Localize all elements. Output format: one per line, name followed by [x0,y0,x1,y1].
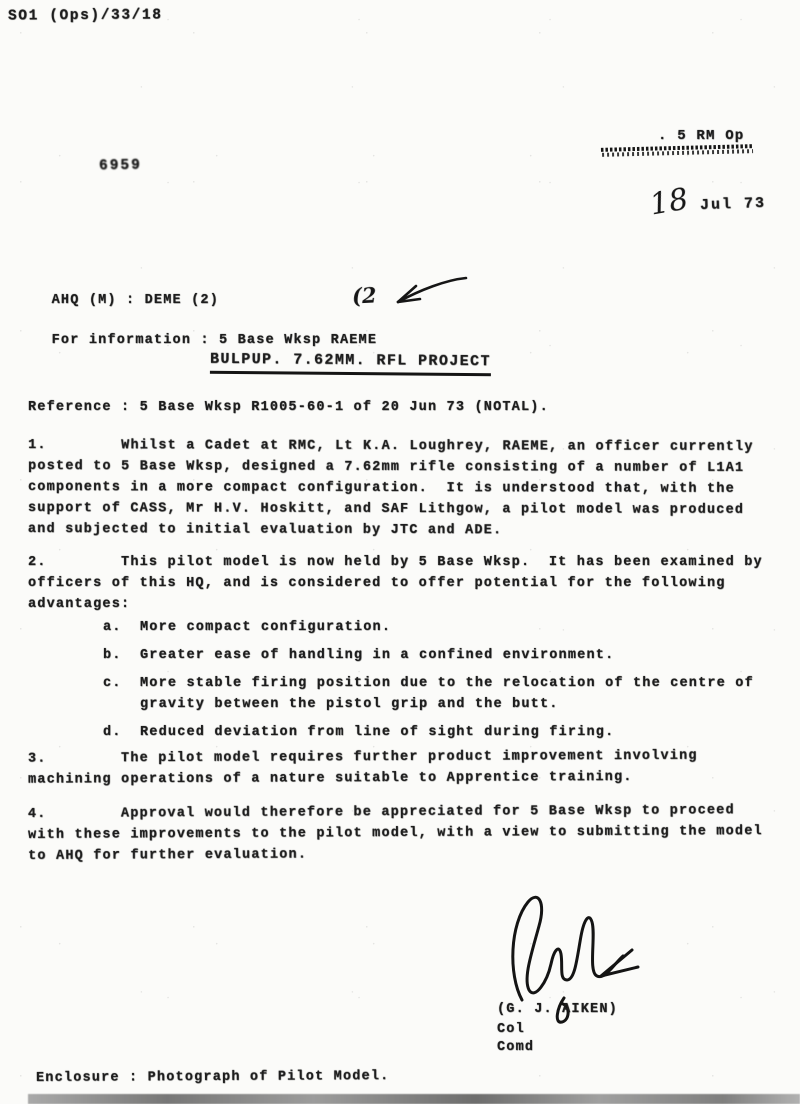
list-letter: a. [103,617,140,638]
list-text: More stable firing position due to the r… [140,673,768,715]
list-item-d: d. Reduced deviation from line of sight … [103,722,768,743]
scanned-memo-page: { "colors": { "ink": "#1d1d1d", "paper":… [0,0,800,1104]
list-text: Reduced deviation from line of sight dur… [140,722,768,743]
list-letter: b. [103,645,140,666]
registry-serial-stamp: 6959 [99,156,142,178]
handwritten-annotation: (2 [351,282,377,308]
list-item-b: b. Greater ease of handling in a confine… [103,645,768,666]
paragraph-4: 4. Approval would therefore be appreciat… [28,800,778,867]
distribution-action-line: AHQ (M) : DEME (2) [52,293,219,308]
signatory-name: (G. J. AIKEN) [497,999,618,1020]
list-item-c: c. More stable firing position due to th… [103,673,768,715]
list-letter: c. [103,673,140,715]
reference-line: Reference : 5 Base Wksp R1005-60-1 of 20… [28,397,778,418]
enclosure-line: Enclosure : Photograph of Pilot Model. [36,1064,786,1089]
list-text: Greater ease of handling in a confined e… [140,645,768,666]
paragraph-2: 2. This pilot model is now held by 5 Bas… [28,552,778,615]
document-title: BULPUP. 7.62MM. RFL PROJECT [210,349,491,376]
advantages-list: a. More compact configuration. b. Greate… [103,617,768,750]
date-stamp: Jul 73 [700,193,767,216]
distribution-block: AHQ (M) : DEME (2) For information : 5 B… [33,271,377,351]
paragraph-1: 1. Whilst a Cadet at RMC, Lt K.A. Loughr… [28,435,778,542]
paragraph-3: 3. The pilot model requires further prod… [28,745,778,790]
crossed-out-text-scribble [601,144,753,157]
handwritten-date-day: 18 [647,182,691,223]
list-text: More compact configuration. [140,617,768,638]
file-reference: SO1 (Ops)/33/18 [8,5,163,27]
list-item-a: a. More compact configuration. [103,617,768,638]
distribution-info-line: For information : 5 Base Wksp RAEME [52,333,378,348]
handwritten-arrow-icon [382,272,472,314]
signatory-appointment: Comd [497,1037,534,1058]
scan-edge-artifact [28,1094,800,1104]
list-letter: d. [103,722,140,743]
